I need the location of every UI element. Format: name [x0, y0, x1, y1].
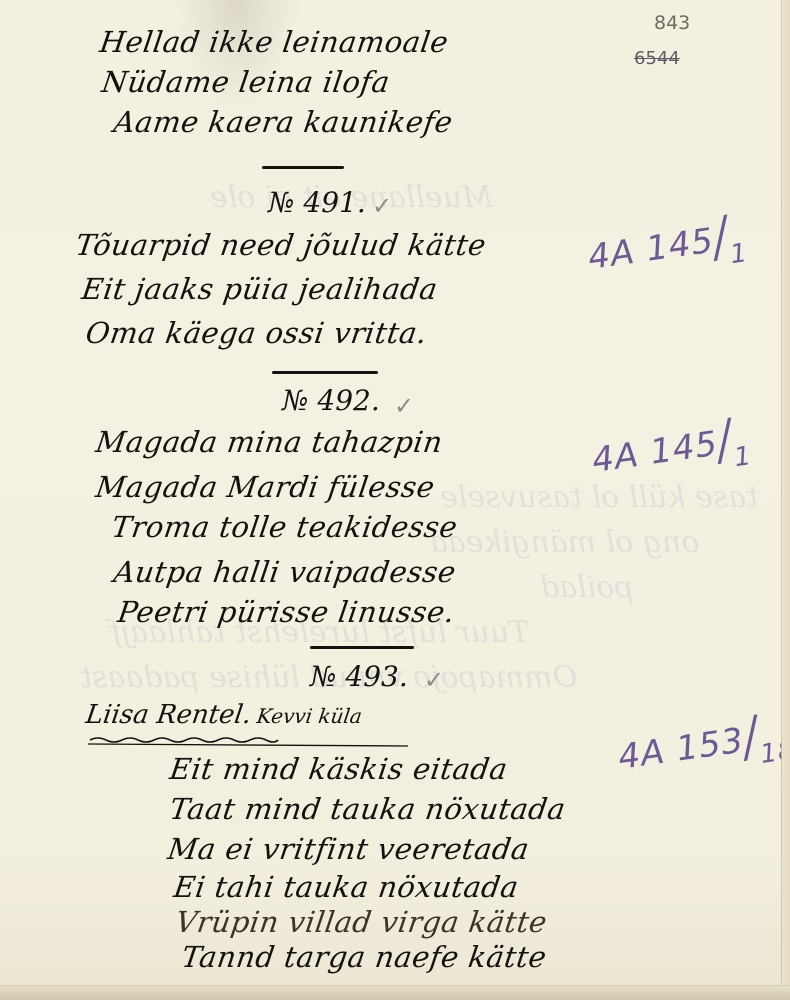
- section-divider: [272, 371, 378, 374]
- verse-line: Vrüpin villad virga kätte: [174, 905, 550, 939]
- verse-line: Tõuarpid need jõulud kätte: [74, 228, 489, 262]
- reference-number: 145: [644, 221, 717, 270]
- reference-number: 153: [674, 721, 747, 770]
- verse-line: Eit jaaks püia jealihada: [80, 272, 440, 306]
- verse-line: Oma käega ossi vritta.: [84, 316, 430, 350]
- archive-page-number: 843: [654, 12, 690, 34]
- verse-line: Ma ei vritfint veeretada: [166, 832, 532, 866]
- song-number: № 492.: [282, 384, 380, 417]
- archive-reference: 4A 145/1: [585, 211, 750, 290]
- reference-number: 145: [648, 424, 721, 473]
- verse-line: Hellad ikke leinamoale: [98, 25, 451, 59]
- verse-line: Taat mind tauka nöxutada: [168, 792, 568, 826]
- bleed-through-line: poilad: [540, 570, 634, 605]
- check-mark: ✓: [424, 666, 444, 694]
- song-number: № 493.: [310, 660, 408, 693]
- reference-mark: A: [612, 435, 642, 478]
- reference-mark: A: [638, 732, 668, 775]
- song-number: № 491.: [268, 186, 366, 219]
- verse-line: Aame kaera kaunikefe: [112, 105, 455, 139]
- verse-line: Ei tahi tauka nöxutada: [172, 870, 521, 904]
- archive-old-number: 6544: [634, 48, 680, 69]
- bleed-through-line: ong ol mängikeaa: [430, 525, 699, 560]
- section-divider: [310, 646, 414, 649]
- underline-decoration: [88, 734, 408, 750]
- verse-line: Tannd targa naefe kätte: [180, 940, 549, 974]
- verse-line: Eit mind käskis eitada: [168, 752, 510, 786]
- page-edge: [781, 0, 782, 1000]
- reference-mark: A: [608, 232, 638, 275]
- manuscript-page: Muellane eit ei ole tase küll ol tasuvse…: [0, 0, 790, 1000]
- check-mark: ✓: [394, 392, 414, 420]
- torn-bottom-edge: [0, 985, 790, 1000]
- section-divider: [262, 166, 344, 169]
- verse-line: Magada Mardi fülesse: [94, 470, 437, 504]
- check-mark: ✓: [372, 192, 392, 220]
- informant-name: Liisa Rentel.Kevvi küla: [84, 700, 364, 730]
- verse-line: Peetri pürisse linusse.: [116, 595, 457, 629]
- archive-reference: 4A 153/18.: [615, 707, 790, 789]
- informant-place: Kevvi küla: [255, 704, 363, 728]
- informant-name-text: Liisa Rentel.: [84, 700, 253, 730]
- verse-line: Nüdame leina ilofa: [100, 65, 392, 99]
- verse-line: Troma tolle teakidesse: [110, 510, 460, 544]
- verse-line: Magada mina tahazpin: [94, 425, 445, 459]
- verse-line: Autpa halli vaipadesse: [112, 555, 459, 589]
- page-edge-shadow: [782, 0, 790, 1000]
- archive-reference: 4A 145/1: [589, 414, 754, 493]
